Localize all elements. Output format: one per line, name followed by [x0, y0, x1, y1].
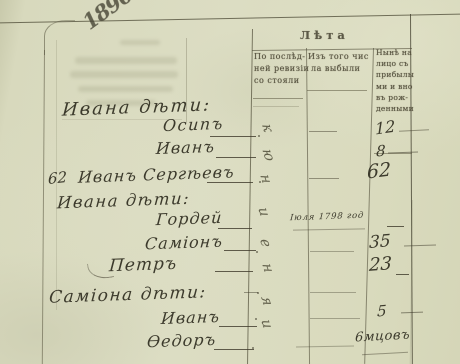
- left-margin-rule: [42, 50, 45, 364]
- person-name: Саміонъ: [144, 234, 223, 253]
- folio-scribble: 1896: [79, 0, 135, 33]
- table-title: Лѣта: [300, 30, 349, 42]
- row-dash: [219, 326, 257, 327]
- column-rule-names-ages: [247, 29, 253, 364]
- header-rule-col2: [307, 90, 367, 91]
- row-dash: [214, 349, 254, 350]
- person-name: Иванъ: [155, 139, 215, 157]
- tally-mark: н: [259, 263, 276, 274]
- column-rule-2-3: [364, 48, 374, 364]
- age-value: 35: [369, 233, 391, 252]
- col2-header-line2: ла выбыли: [311, 65, 360, 73]
- col3-header-line1: Нынѣ на: [376, 49, 412, 57]
- household-number: 62: [48, 170, 67, 187]
- row-dash: [224, 250, 256, 251]
- age-value: 62: [367, 160, 391, 182]
- tally-mark: и: [258, 319, 275, 330]
- person-name: Ѳедоръ: [146, 332, 216, 350]
- note-underline: [293, 228, 365, 230]
- col3-header-line6: денными: [376, 105, 414, 113]
- col3-header-line4: ми и вно: [376, 83, 413, 91]
- tally-dot: [255, 318, 257, 320]
- row-dash: [399, 129, 429, 132]
- row-dash: [244, 292, 258, 293]
- tally-mark: я: [258, 296, 275, 307]
- age-underline-flourish: [362, 352, 408, 355]
- row-dash: [296, 345, 354, 347]
- col2-header-line1: Изъ того чис: [308, 53, 369, 61]
- col3-header-line3: прибылы: [376, 71, 414, 79]
- row-dash: [310, 251, 354, 252]
- header-rule-col1-double: [253, 106, 299, 107]
- row-dash: [404, 244, 436, 246]
- age-value: 5: [377, 304, 387, 320]
- row-dash: [210, 136, 256, 137]
- person-name: Петръ: [108, 256, 177, 275]
- row-dash: [207, 182, 253, 183]
- row-dash: [396, 274, 409, 275]
- tally-dot: [256, 251, 258, 253]
- column-rule-1-2: [306, 48, 310, 364]
- row-dash: [310, 292, 356, 293]
- tally-mark: е: [257, 238, 274, 248]
- row-dash: [309, 178, 339, 179]
- tally-mark: ю: [259, 148, 277, 162]
- tally-mark: н: [257, 174, 274, 185]
- bleedthrough-smudge: [78, 86, 173, 92]
- age-value: 8: [376, 144, 386, 160]
- age-value: 23: [369, 255, 392, 275]
- row-dash: [387, 226, 404, 227]
- row-dash: [218, 228, 252, 229]
- row-dash: [309, 131, 337, 132]
- person-name: Осипъ: [162, 116, 224, 134]
- tally-dot: [252, 347, 254, 349]
- col3-header-line5: въ рож-: [376, 94, 408, 102]
- bleedthrough-smudge: [70, 71, 178, 78]
- document-page: 1896 Лѣта По послѣд- ней ревизіи со стоя…: [0, 0, 460, 364]
- person-name: Гордей: [155, 210, 222, 228]
- tally-mark: и: [255, 207, 272, 218]
- col1-header-line2: ней ревизіи: [254, 65, 309, 73]
- col1-header-line1: По послѣд-: [254, 53, 306, 61]
- tally-dot: [257, 292, 259, 294]
- group-label: Саміона дѣти:: [48, 284, 207, 307]
- bleedthrough-smudge: [75, 57, 177, 64]
- age-value: 6мцовъ: [355, 329, 411, 345]
- age-value: 12: [375, 119, 396, 138]
- departure-note: Іюля 1798 год: [290, 212, 365, 223]
- tally-mark: к: [259, 123, 276, 133]
- tally-dot: [258, 135, 260, 137]
- row-dash: [215, 271, 253, 272]
- col1-header-line3: со стояли: [254, 77, 300, 85]
- row-dash: [310, 318, 360, 319]
- row-dash: [216, 157, 256, 158]
- left-margin-corner-rule: [44, 20, 75, 55]
- header-rule-col1: [253, 98, 303, 99]
- bleedthrough-smudge: [120, 40, 160, 45]
- col3-header-line2: лицо съ: [376, 60, 409, 68]
- person-name: Иванъ: [160, 309, 220, 327]
